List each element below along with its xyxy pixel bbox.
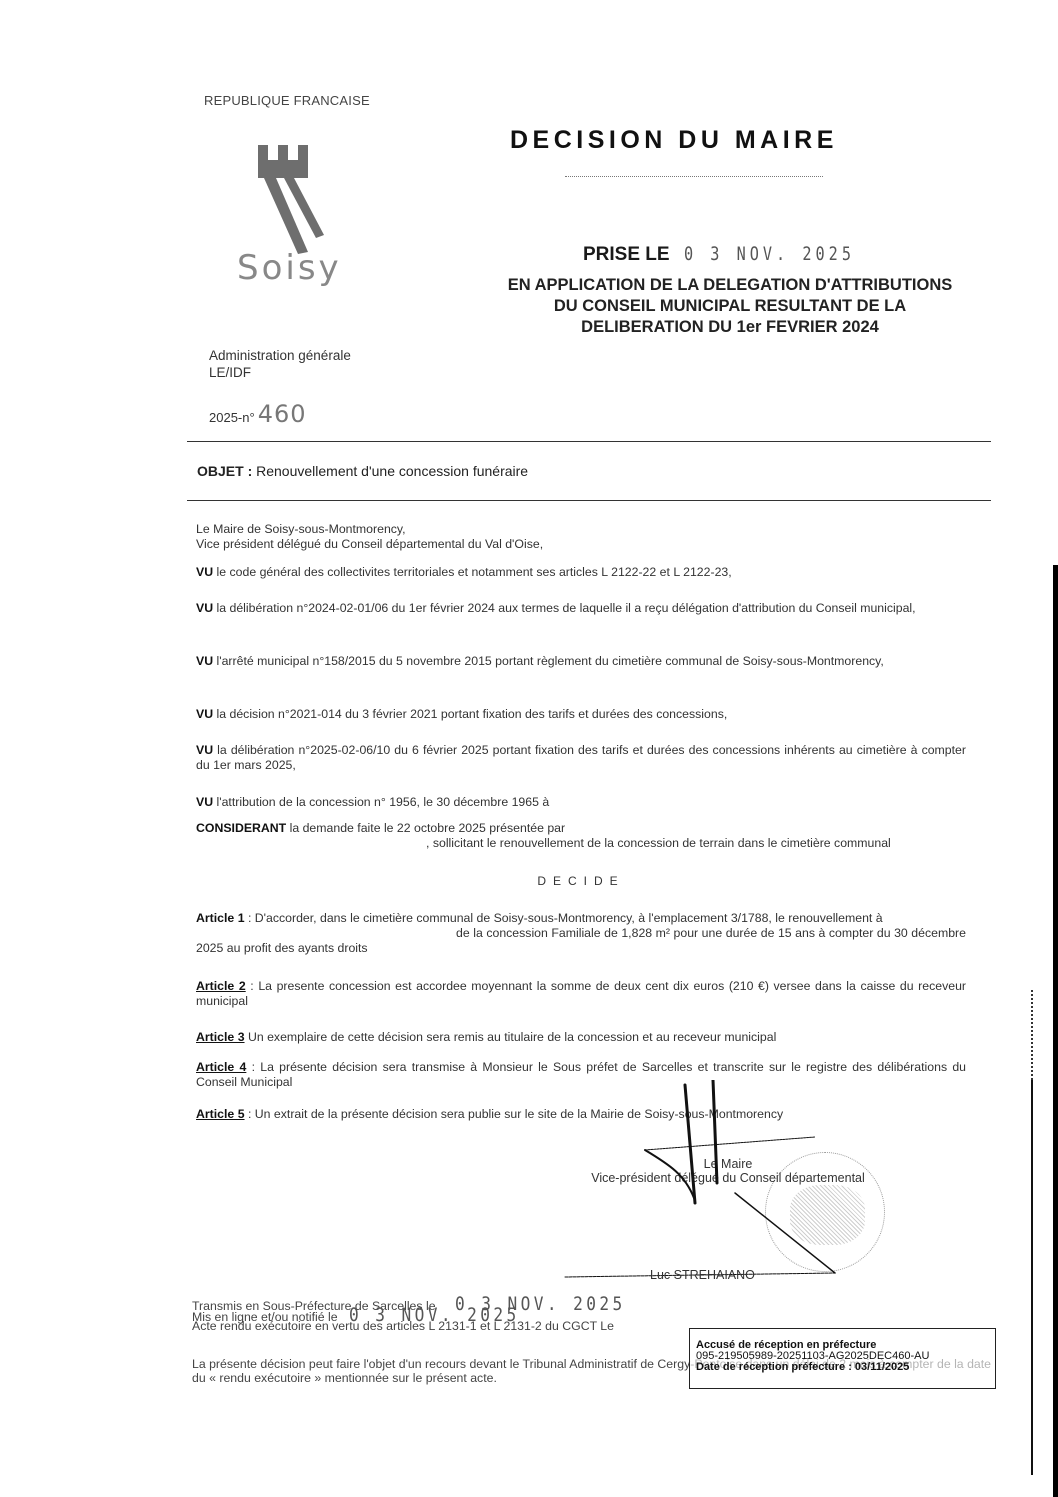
- objet-text: Renouvellement d'une concession funérair…: [256, 463, 528, 479]
- accuse-reception-text: Accusé de réception en préfecture 095-21…: [696, 1340, 929, 1373]
- visa-5: VU la délibération n°2025-02-06/10 du 6 …: [196, 743, 966, 773]
- number-prefix: 2025-n°: [209, 410, 255, 425]
- signatory-name: Luc STREHAIANO: [650, 1268, 755, 1282]
- transmission-block: Transmis en Sous-Préfecture de Sarcelles…: [192, 1298, 656, 1333]
- service-block: Administration générale LE/IDF: [209, 347, 351, 381]
- visa-3: VU l'arrêté municipal n°158/2015 du 5 no…: [196, 654, 966, 669]
- considerant-label: CONSIDERANT: [196, 821, 286, 835]
- prise-date-stamp: 0 3 NOV. 2025: [684, 243, 855, 265]
- visa-6: VU l'attribution de la concession n° 195…: [196, 795, 966, 810]
- scan-edge-thin: [1031, 1080, 1033, 1475]
- visa-1: VU le code général des collectivites ter…: [196, 565, 966, 580]
- handwritten-number: 460: [258, 400, 307, 428]
- article-1: Article 1 : D'accorder, dans le cimetièr…: [196, 911, 966, 956]
- ar-line-3: Date de réception préfecture : 03/11/202…: [696, 1362, 929, 1373]
- article-2: Article 2 : La presente concession est a…: [196, 979, 966, 1009]
- preamble: Le Maire de Soisy-sous-Montmorency, Vice…: [196, 522, 966, 552]
- objet-bottom-rule: [187, 500, 991, 501]
- delegation-line-2: DU CONSEIL MUNICIPAL RESULTANT DE LA: [460, 296, 1000, 317]
- scan-edge-dotted: [1031, 990, 1033, 1080]
- service-initials: LE/IDF: [209, 364, 351, 381]
- mis-en-ligne-date-stamp: 0 3 NOV. 2025: [349, 1309, 520, 1322]
- delegation-line-3: DELIBERATION DU 1er FEVRIER 2024: [460, 317, 1000, 338]
- title-divider: [565, 176, 823, 177]
- objet-top-rule: [187, 441, 991, 442]
- preamble-line-1: Le Maire de Soisy-sous-Montmorency,: [196, 522, 966, 537]
- visa-2: VU la délibération n°2024-02-01/06 du 1e…: [196, 601, 966, 616]
- article-3: Article 3 Un exemplaire de cette décisio…: [196, 1030, 966, 1045]
- visa-4: VU la décision n°2021-014 du 3 février 2…: [196, 707, 966, 722]
- considerant-line-2: , sollicitant le renouvellement de la co…: [196, 836, 966, 851]
- logo-wordmark: Soisy: [237, 248, 342, 288]
- decision-number: 2025-n°460: [209, 400, 307, 428]
- prise-le-line: PRISE LE0 3 NOV. 2025: [583, 243, 897, 266]
- objet-label: OBJET :: [197, 463, 252, 479]
- considerant-line-1: la demande faite le 22 octobre 2025 prés…: [290, 821, 566, 835]
- delegation-heading: EN APPLICATION DE LA DELEGATION D'ATTRIB…: [460, 275, 1000, 338]
- decide-heading: DECIDE: [196, 874, 966, 888]
- republique-francaise-label: REPUBLIQUE FRANCAISE: [204, 93, 370, 108]
- considerant: CONSIDERANT la demande faite le 22 octob…: [196, 821, 966, 851]
- prise-label: PRISE LE: [583, 244, 670, 265]
- scan-edge-line: [1053, 565, 1058, 1497]
- service-name: Administration générale: [209, 347, 351, 364]
- document-title: DECISION DU MAIRE: [510, 126, 838, 155]
- preamble-line-2: Vice président délégué du Conseil départ…: [196, 537, 966, 552]
- handwritten-signature-icon: [560, 1080, 900, 1290]
- objet-line: OBJET : Renouvellement d'une concession …: [197, 463, 528, 479]
- delegation-line-1: EN APPLICATION DE LA DELEGATION D'ATTRIB…: [460, 275, 1000, 296]
